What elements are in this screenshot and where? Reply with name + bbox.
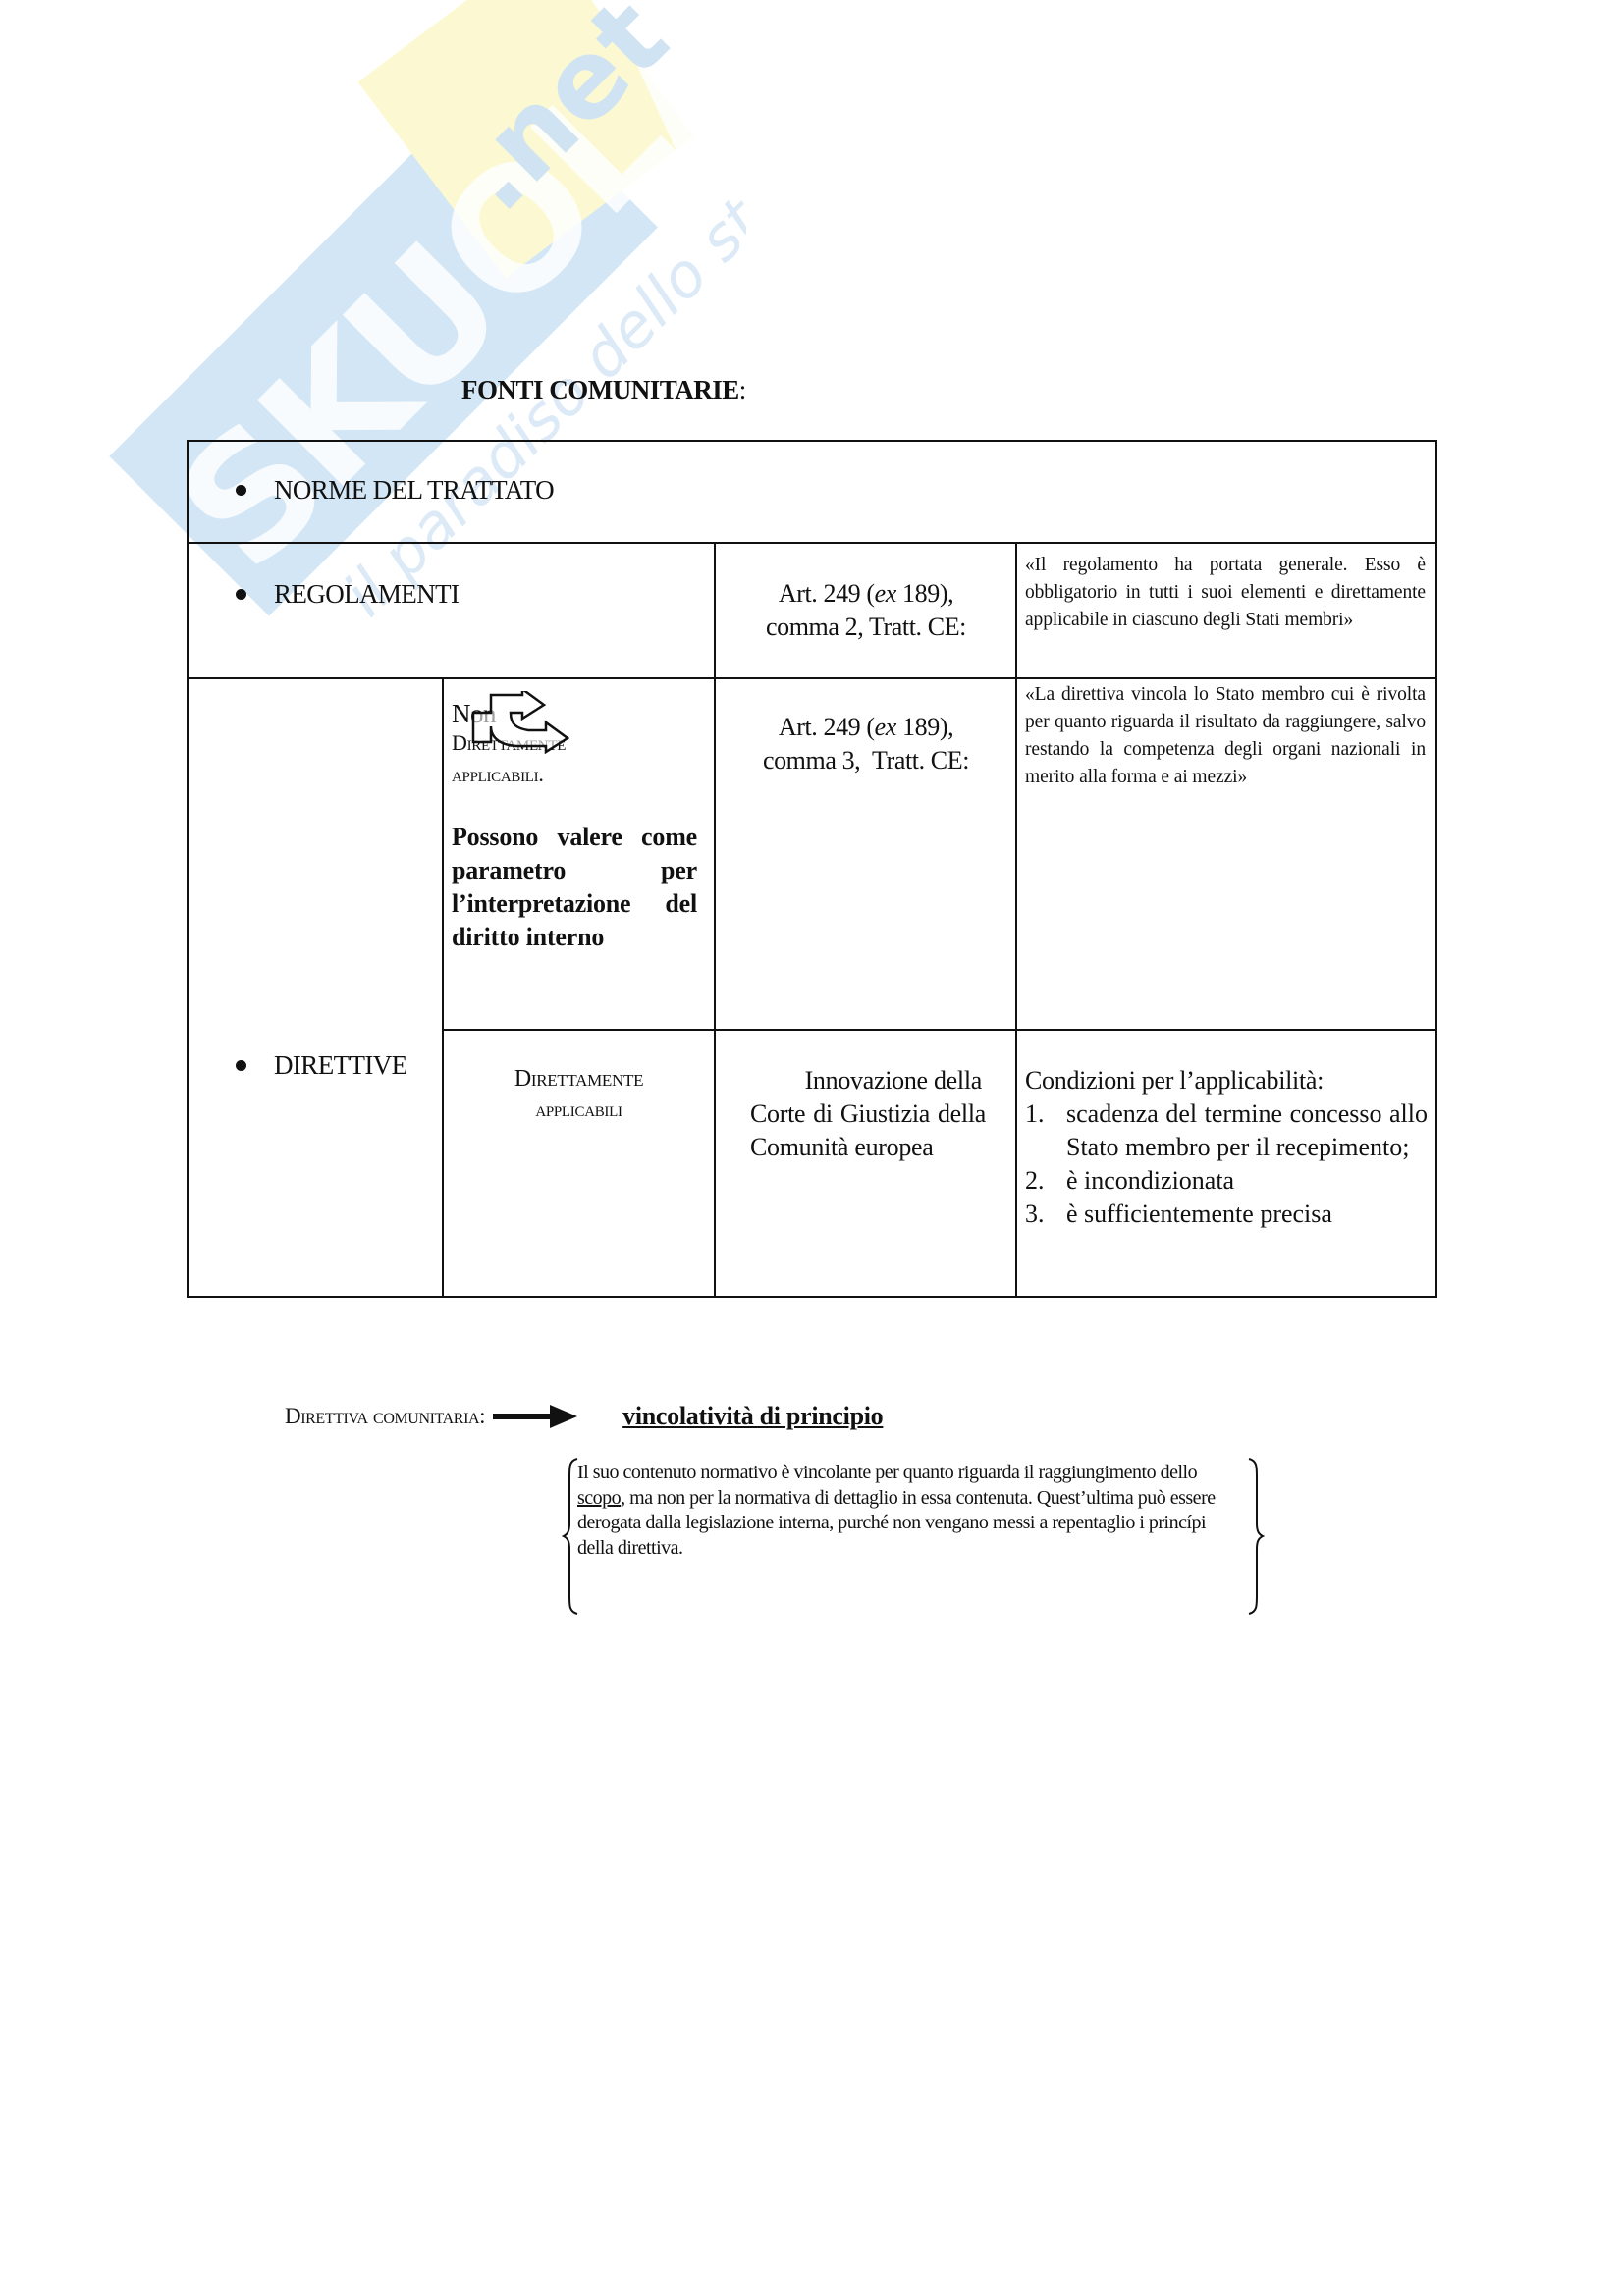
regolamenti-citation: Art. 249 (ex 189), comma 2, Tratt. CE: — [717, 577, 1015, 644]
vincolativita-di-principio: vincolatività di principio — [622, 1402, 883, 1431]
u-turn-arrow-icon — [471, 691, 569, 754]
row-norme-del-trattato: NORME DEL TRATTATO — [236, 465, 554, 514]
condition-text: scadenza del termine concesso allo Stato… — [1066, 1097, 1428, 1164]
scopo-underlined: scopo — [577, 1487, 621, 1509]
watermark-suffix: .net — [431, 0, 691, 235]
direttamente-applicabili-cell: Direttamente applicabili — [444, 1062, 714, 1123]
column-divider — [442, 677, 444, 1298]
explanation-brace-box: Il suo contenuto normativo è vincolante … — [562, 1457, 1265, 1616]
citation-text: comma 3, Tratt. CE: — [717, 744, 1015, 777]
table-border-left — [187, 440, 189, 1298]
conditions-title: Condizioni per l’applicabilità: — [1025, 1064, 1428, 1097]
page-title: FONTI COMUNITARIE: — [461, 375, 746, 405]
conditions-list: 1.scadenza del termine concesso allo Sta… — [1025, 1097, 1428, 1231]
row-regolamenti: REGOLAMENTI — [236, 569, 459, 618]
right-arrow-icon — [491, 1404, 579, 1429]
origin-line1: Innovazione della — [750, 1064, 986, 1097]
regolamenti-quote: «Il regolamento ha portata generale. Ess… — [1025, 552, 1426, 634]
condition-text: è incondizionata — [1066, 1164, 1428, 1198]
condition-number: 3. — [1025, 1198, 1066, 1231]
page-title-text: FONTI COMUNITARIE — [461, 375, 739, 404]
citation-text: comma 2, Tratt. CE: — [717, 611, 1015, 644]
citation-text: 189), — [896, 579, 953, 608]
citation-ex: ex — [875, 713, 896, 741]
bullet-icon — [236, 1060, 246, 1071]
explanation-text: Il suo contenuto normativo è vincolante … — [577, 1461, 1243, 1561]
interpretation-note: Possono valere come parametro per l’inte… — [452, 821, 697, 954]
norme-label: NORME DEL TRATTATO — [274, 475, 554, 506]
row-divider — [187, 677, 1437, 679]
row-divider — [442, 1029, 1437, 1031]
applicabili-label: applicabili. — [452, 758, 707, 791]
applicabili-label: applicabili — [444, 1095, 714, 1123]
condition-text: è sufficientemente precisa — [1066, 1198, 1428, 1231]
citation-text: Art. 249 ( — [779, 579, 875, 608]
fonti-comunitarie-table: NORME DEL TRATTATO REGOLAMENTI Art. 249 … — [187, 440, 1437, 1298]
citation-text: 189), — [896, 713, 953, 741]
bullet-icon — [236, 485, 246, 496]
direttiva-comunitaria-line: Direttiva comunitaria: vincolatività di … — [285, 1402, 883, 1431]
table-border-top — [187, 440, 1437, 442]
condition-item: 3.è sufficientemente precisa — [1025, 1198, 1428, 1231]
citation-ex: ex — [875, 579, 896, 608]
direttive-quote: «La direttiva vincola lo Stato membro cu… — [1025, 681, 1426, 791]
origin-rest: Corte di Giustizia della Comunità europe… — [750, 1097, 986, 1164]
bullet-icon — [236, 589, 246, 600]
regolamenti-label: REGOLAMENTI — [274, 579, 459, 610]
table-border-right — [1435, 440, 1437, 1298]
explanation-part: , ma non per la normativa di dettaglio i… — [577, 1487, 1216, 1559]
explanation-part: Il suo contenuto normativo è vincolante … — [577, 1462, 1197, 1483]
page-title-colon: : — [739, 375, 746, 404]
row-divider — [187, 542, 1437, 544]
citation-text: Art. 249 ( — [779, 713, 875, 741]
condition-number: 1. — [1025, 1097, 1066, 1164]
direttive-citation: Art. 249 (ex 189), comma 3, Tratt. CE: — [717, 711, 1015, 777]
right-brace-icon — [1247, 1457, 1265, 1616]
direttiva-label: Direttiva comunitaria: — [285, 1404, 485, 1429]
table-border-bottom — [187, 1296, 1437, 1298]
applicability-conditions: Condizioni per l’applicabilità: 1.scaden… — [1025, 1064, 1428, 1231]
direttive-label: DIRETTIVE — [274, 1050, 407, 1081]
corte-giustizia-innovation: Innovazione della Corte di Giustizia del… — [750, 1064, 986, 1164]
column-divider — [714, 542, 716, 1298]
condition-item: 1.scadenza del termine concesso allo Sta… — [1025, 1097, 1428, 1164]
direttamente-label: Direttamente — [444, 1062, 714, 1095]
condition-item: 2.è incondizionata — [1025, 1164, 1428, 1198]
column-divider — [1015, 542, 1017, 1298]
row-direttive: DIRETTIVE — [236, 1041, 407, 1090]
condition-number: 2. — [1025, 1164, 1066, 1198]
